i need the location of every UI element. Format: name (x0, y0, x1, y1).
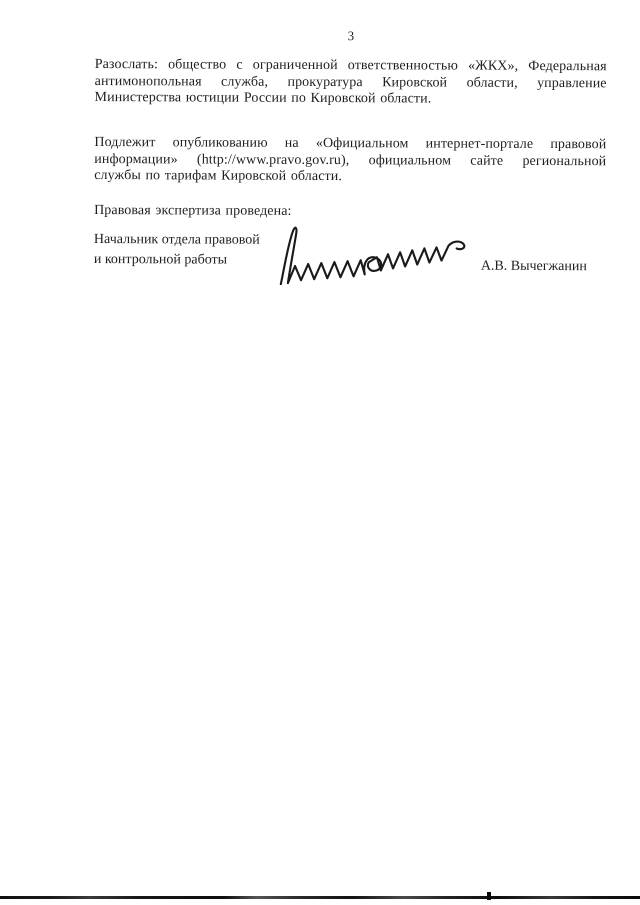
page-number: 3 (95, 27, 607, 44)
signature-title: Начальник отдела правовой и контрольной … (94, 230, 294, 271)
text-line: Разослать: общество с ограниченной ответ… (95, 57, 607, 76)
text-line: Министерства юстиции России по Кировской… (95, 90, 607, 109)
paragraph-distribution: Разослать: общество с ограниченной ответ… (95, 57, 607, 109)
text-line: службы по тарифам Кировской области. (94, 168, 606, 187)
handwritten-signature (275, 225, 477, 290)
text-line: Подлежит опубликованию на «Официальном и… (94, 135, 606, 154)
scan-artifact-line (0, 896, 640, 899)
text-line: Правовая экспертиза проведена: (94, 203, 606, 222)
paragraph-publication: Подлежит опубликованию на «Официальном и… (94, 135, 606, 187)
document-page: 3 Разослать: общество с ограниченной отв… (0, 0, 640, 905)
text-line: и контрольной работы (94, 250, 294, 271)
scan-artifact-tick (487, 892, 491, 900)
signer-name: А.В. Вычегжанин (481, 258, 587, 275)
paragraph-expertise: Правовая экспертиза проведена: (94, 203, 606, 222)
scanned-content: 3 Разослать: общество с ограниченной отв… (0, 0, 640, 905)
text-line: Начальник отдела правовой (94, 230, 294, 251)
